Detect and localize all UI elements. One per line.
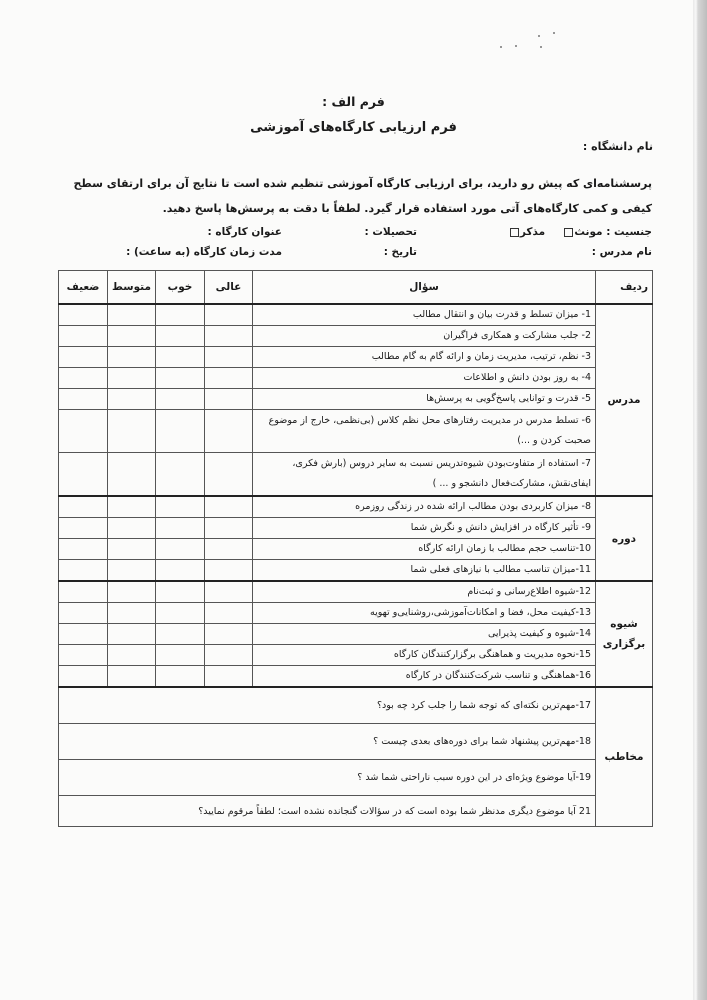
rating-excellent-7[interactable] [205, 453, 253, 497]
question-7: 7- استفاده از متفاوت‌بودن شیوه‌تدریس نسب… [253, 453, 596, 497]
question-5: 5- قدرت و توانایی پاسخ‌گویی به پرسش‌ها [253, 389, 596, 410]
table-row: 6- تسلط مدرس در مدیریت رفتارهای محل نظم … [59, 410, 653, 453]
rating-average-1[interactable] [108, 304, 156, 326]
gender-label: جنسیت : [606, 226, 652, 238]
question-13: 13-کیفیت محل، فضا و امکانات‌آموزشی،روشنا… [253, 603, 596, 624]
form-title: فرم ارزیابی کارگاه‌های آموزشی [0, 120, 707, 135]
header-average: متوسط [108, 271, 156, 305]
table-row: دوره 8- میزان کاربردی بودن مطالب ارائه ش… [59, 496, 653, 518]
rating-good-4[interactable] [156, 368, 205, 389]
gender-field: جنسیت : مونث مذکر [509, 226, 652, 238]
open-question-17[interactable]: 17-مهم‌ترین نکته‌ای که توجه شما را جلب ک… [59, 687, 596, 724]
table-row: 5- قدرت و توانایی پاسخ‌گویی به پرسش‌ها [59, 389, 653, 410]
table-row: 15-نحوه مدیریت و هماهنگی برگزارکنندگان ک… [59, 645, 653, 666]
table-row: 11-میزان تناسب مطالب با نیازهای فعلی شما [59, 560, 653, 582]
rating-excellent-2[interactable] [205, 326, 253, 347]
rating-good-10[interactable] [156, 539, 205, 560]
rating-excellent-6[interactable] [205, 410, 253, 453]
table-header-row: ردیف سؤال عالی خوب متوسط ضعیف [59, 271, 653, 305]
question-10: 10-تناسب حجم مطالب با زمان ارائه کارگاه [253, 539, 596, 560]
table-row: 7- استفاده از متفاوت‌بودن شیوه‌تدریس نسب… [59, 453, 653, 497]
rating-average-14[interactable] [108, 624, 156, 645]
rating-good-9[interactable] [156, 518, 205, 539]
section-audience: مخاطب [596, 687, 653, 827]
table-row: 4- به روز بودن دانش و اطلاعات [59, 368, 653, 389]
rating-weak-6[interactable] [59, 410, 108, 453]
rating-excellent-13[interactable] [205, 603, 253, 624]
question-14: 14-شیوه و کیفیت پذیرایی [253, 624, 596, 645]
rating-excellent-9[interactable] [205, 518, 253, 539]
rating-weak-7[interactable] [59, 453, 108, 497]
table-row: 10-تناسب حجم مطالب با زمان ارائه کارگاه [59, 539, 653, 560]
rating-average-9[interactable] [108, 518, 156, 539]
rating-weak-4[interactable] [59, 368, 108, 389]
rating-good-2[interactable] [156, 326, 205, 347]
rating-average-15[interactable] [108, 645, 156, 666]
rating-average-12[interactable] [108, 581, 156, 603]
rating-average-10[interactable] [108, 539, 156, 560]
rating-weak-10[interactable] [59, 539, 108, 560]
rating-weak-12[interactable] [59, 581, 108, 603]
rating-weak-15[interactable] [59, 645, 108, 666]
rating-good-13[interactable] [156, 603, 205, 624]
section-conduct: شیوه برگزاری [596, 581, 653, 687]
intro-paragraph: پرسشنامه‌ای که پیش رو دارید، برای ارزیاب… [52, 171, 652, 221]
rating-average-13[interactable] [108, 603, 156, 624]
rating-average-5[interactable] [108, 389, 156, 410]
gender-female-checkbox[interactable] [564, 228, 573, 237]
question-15: 15-نحوه مدیریت و هماهنگی برگزارکنندگان ک… [253, 645, 596, 666]
rating-good-16[interactable] [156, 666, 205, 688]
rating-average-7[interactable] [108, 453, 156, 497]
header-question: سؤال [253, 271, 596, 305]
question-9: 9- تأثیر کارگاه در افزایش دانش و نگرش شم… [253, 518, 596, 539]
rating-good-1[interactable] [156, 304, 205, 326]
header-excellent: عالی [205, 271, 253, 305]
open-question-21[interactable]: 21 آیا موضوع دیگری مدنظر شما بوده است که… [59, 796, 596, 827]
gender-male-checkbox[interactable] [510, 228, 519, 237]
rating-excellent-8[interactable] [205, 496, 253, 518]
header-row-number: ردیف [596, 271, 653, 305]
rating-weak-5[interactable] [59, 389, 108, 410]
table-row: 19-آیا موضوع ویژه‌ای در این دوره سبب نار… [59, 760, 653, 796]
rating-weak-14[interactable] [59, 624, 108, 645]
gender-female-label: مونث [574, 226, 602, 238]
rating-weak-3[interactable] [59, 347, 108, 368]
question-2: 2- جلب مشارکت و همکاری فراگیران [253, 326, 596, 347]
rating-average-6[interactable] [108, 410, 156, 453]
open-question-19[interactable]: 19-آیا موضوع ویژه‌ای در این دوره سبب نار… [59, 760, 596, 796]
form-label: فرم الف : [0, 94, 707, 109]
rating-good-12[interactable] [156, 581, 205, 603]
table-row: 3- نظم، ترتیب، مدیریت زمان و ارائه گام ب… [59, 347, 653, 368]
open-question-18[interactable]: 18-مهم‌ترین پیشنهاد شما برای دوره‌های بع… [59, 724, 596, 760]
question-11: 11-میزان تناسب مطالب با نیازهای فعلی شما [253, 560, 596, 582]
table-row: 18-مهم‌ترین پیشنهاد شما برای دوره‌های بع… [59, 724, 653, 760]
scan-specks [500, 30, 560, 60]
table-row: 21 آیا موضوع دیگری مدنظر شما بوده است که… [59, 796, 653, 827]
rating-excellent-5[interactable] [205, 389, 253, 410]
rating-weak-11[interactable] [59, 560, 108, 582]
table-row: 2- جلب مشارکت و همکاری فراگیران [59, 326, 653, 347]
question-4: 4- به روز بودن دانش و اطلاعات [253, 368, 596, 389]
rating-excellent-4[interactable] [205, 368, 253, 389]
evaluation-table: ردیف سؤال عالی خوب متوسط ضعیف مدرس 1- می… [58, 270, 653, 827]
section-teacher: مدرس [596, 304, 653, 496]
rating-good-5[interactable] [156, 389, 205, 410]
rating-good-6[interactable] [156, 410, 205, 453]
rating-weak-9[interactable] [59, 518, 108, 539]
rating-weak-13[interactable] [59, 603, 108, 624]
question-3: 3- نظم، ترتیب، مدیریت زمان و ارائه گام ب… [253, 347, 596, 368]
section-course: دوره [596, 496, 653, 581]
table-row: 14-شیوه و کیفیت پذیرایی [59, 624, 653, 645]
university-name-field[interactable]: نام دانشگاه : [583, 140, 653, 153]
page-edge-shadow [693, 0, 707, 1000]
table-row: مدرس 1- میزان تسلط و قدرت بیان و انتقال … [59, 304, 653, 326]
date-field[interactable]: تاریخ : [384, 246, 417, 258]
rating-average-4[interactable] [108, 368, 156, 389]
question-6: 6- تسلط مدرس در مدیریت رفتارهای محل نظم … [253, 410, 596, 453]
rating-good-11[interactable] [156, 560, 205, 582]
question-16: 16-هماهنگی و تناسب شرکت‌کنندگان در کارگا… [253, 666, 596, 688]
rating-excellent-3[interactable] [205, 347, 253, 368]
gender-male-label: مذکر [520, 226, 545, 238]
rating-good-3[interactable] [156, 347, 205, 368]
rating-good-14[interactable] [156, 624, 205, 645]
duration-field[interactable]: مدت زمان کارگاه (به ساعت) : [126, 246, 282, 258]
rating-excellent-10[interactable] [205, 539, 253, 560]
header-good: خوب [156, 271, 205, 305]
education-field[interactable]: تحصیلات : [364, 226, 417, 238]
rating-weak-16[interactable] [59, 666, 108, 688]
rating-good-8[interactable] [156, 496, 205, 518]
question-12: 12-شیوه اطلاع‌رسانی و ثبت‌نام [253, 581, 596, 603]
rating-average-11[interactable] [108, 560, 156, 582]
rating-average-16[interactable] [108, 666, 156, 688]
rating-weak-8[interactable] [59, 496, 108, 518]
rating-average-8[interactable] [108, 496, 156, 518]
rating-excellent-1[interactable] [205, 304, 253, 326]
table-row: مخاطب 17-مهم‌ترین نکته‌ای که توجه شما را… [59, 687, 653, 724]
table-row: 16-هماهنگی و تناسب شرکت‌کنندگان در کارگا… [59, 666, 653, 688]
table-row: شیوه برگزاری 12-شیوه اطلاع‌رسانی و ثبت‌ن… [59, 581, 653, 603]
workshop-title-field[interactable]: عنوان کارگاه : [208, 226, 282, 238]
rating-average-3[interactable] [108, 347, 156, 368]
rating-average-2[interactable] [108, 326, 156, 347]
teacher-name-field[interactable]: نام مدرس : [592, 246, 652, 258]
question-8: 8- میزان کاربردی بودن مطالب ارائه شده در… [253, 496, 596, 518]
rating-excellent-15[interactable] [205, 645, 253, 666]
table-row: 13-کیفیت محل، فضا و امکانات‌آموزشی،روشنا… [59, 603, 653, 624]
rating-weak-2[interactable] [59, 326, 108, 347]
rating-good-7[interactable] [156, 453, 205, 497]
rating-excellent-14[interactable] [205, 624, 253, 645]
rating-excellent-12[interactable] [205, 581, 253, 603]
table-row: 9- تأثیر کارگاه در افزایش دانش و نگرش شم… [59, 518, 653, 539]
rating-excellent-11[interactable] [205, 560, 253, 582]
rating-excellent-16[interactable] [205, 666, 253, 688]
question-1: 1- میزان تسلط و قدرت بیان و انتقال مطالب [253, 304, 596, 326]
header-weak: ضعیف [59, 271, 108, 305]
rating-weak-1[interactable] [59, 304, 108, 326]
rating-good-15[interactable] [156, 645, 205, 666]
